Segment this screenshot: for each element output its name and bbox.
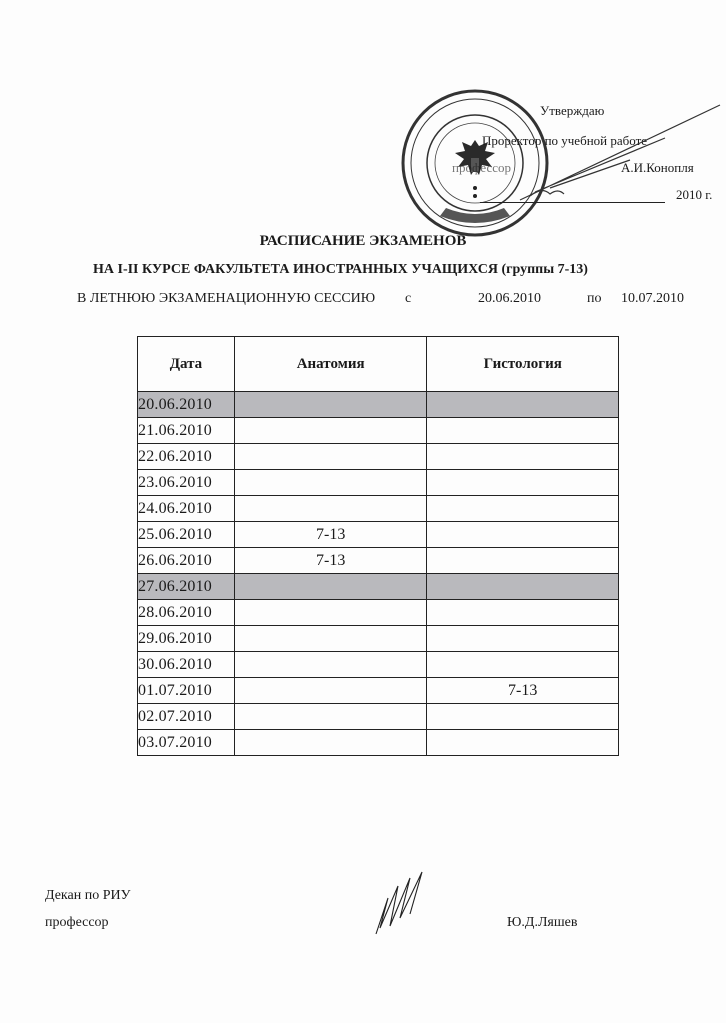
table-row: 24.06.2010 [138, 496, 619, 522]
anatomy-cell: 7-13 [234, 522, 427, 548]
table-row: 23.06.2010 [138, 470, 619, 496]
histology-cell [427, 418, 619, 444]
table-row: 01.07.20107-13 [138, 678, 619, 704]
date-cell: 24.06.2010 [138, 496, 235, 522]
histology-cell [427, 548, 619, 574]
histology-cell [427, 730, 619, 756]
anatomy-cell [234, 470, 427, 496]
exam-schedule-table: Дата Анатомия Гистология 20.06.201021.06… [137, 336, 619, 756]
histology-cell [427, 522, 619, 548]
date-cell: 03.07.2010 [138, 730, 235, 756]
to-label: по [587, 291, 602, 307]
date-cell: 20.06.2010 [138, 392, 235, 418]
table-row: 28.06.2010 [138, 600, 619, 626]
session-label: В ЛЕТНЮЮ ЭКЗАМЕНАЦИОННУЮ СЕССИЮ [77, 291, 375, 307]
to-date: 10.07.2010 [621, 291, 684, 307]
histology-cell [427, 600, 619, 626]
table-row: 02.07.2010 [138, 704, 619, 730]
table-header-row: Дата Анатомия Гистология [138, 337, 619, 392]
histology-cell [427, 470, 619, 496]
anatomy-cell [234, 574, 427, 600]
document-subtitle: НА I-II КУРСЕ ФАКУЛЬТЕТА ИНОСТРАННЫХ УЧА… [93, 262, 588, 278]
date-cell: 30.06.2010 [138, 652, 235, 678]
anatomy-cell [234, 652, 427, 678]
from-date: 20.06.2010 [478, 291, 541, 307]
table-row: 03.07.2010 [138, 730, 619, 756]
histology-cell [427, 704, 619, 730]
column-header-date: Дата [138, 337, 235, 392]
date-cell: 28.06.2010 [138, 600, 235, 626]
anatomy-cell [234, 444, 427, 470]
date-cell: 25.06.2010 [138, 522, 235, 548]
dean-position: Декан по РИУ [45, 888, 131, 904]
approver-signature [490, 100, 726, 210]
histology-cell [427, 496, 619, 522]
date-cell: 27.06.2010 [138, 574, 235, 600]
table-row: 30.06.2010 [138, 652, 619, 678]
anatomy-cell [234, 418, 427, 444]
anatomy-cell [234, 392, 427, 418]
table-row: 20.06.2010 [138, 392, 619, 418]
dean-title: профессор [45, 915, 109, 931]
table-row: 27.06.2010 [138, 574, 619, 600]
date-cell: 23.06.2010 [138, 470, 235, 496]
histology-cell [427, 444, 619, 470]
dean-signature [370, 868, 430, 938]
histology-cell: 7-13 [427, 678, 619, 704]
table-row: 21.06.2010 [138, 418, 619, 444]
histology-cell [427, 626, 619, 652]
anatomy-cell [234, 678, 427, 704]
table-row: 25.06.20107-13 [138, 522, 619, 548]
anatomy-cell [234, 600, 427, 626]
date-cell: 01.07.2010 [138, 678, 235, 704]
column-header-anatomy: Анатомия [234, 337, 427, 392]
anatomy-cell [234, 496, 427, 522]
anatomy-cell [234, 704, 427, 730]
from-label: с [405, 291, 411, 307]
date-cell: 21.06.2010 [138, 418, 235, 444]
histology-cell [427, 652, 619, 678]
table-row: 22.06.2010 [138, 444, 619, 470]
date-cell: 22.06.2010 [138, 444, 235, 470]
anatomy-cell [234, 730, 427, 756]
date-cell: 02.07.2010 [138, 704, 235, 730]
histology-cell [427, 392, 619, 418]
table-row: 26.06.20107-13 [138, 548, 619, 574]
anatomy-cell: 7-13 [234, 548, 427, 574]
date-cell: 29.06.2010 [138, 626, 235, 652]
anatomy-cell [234, 626, 427, 652]
date-cell: 26.06.2010 [138, 548, 235, 574]
dean-name: Ю.Д.Ляшев [507, 915, 577, 931]
column-header-histology: Гистология [427, 337, 619, 392]
table-row: 29.06.2010 [138, 626, 619, 652]
document-title: РАСПИСАНИЕ ЭКЗАМЕНОВ [0, 233, 726, 250]
histology-cell [427, 574, 619, 600]
